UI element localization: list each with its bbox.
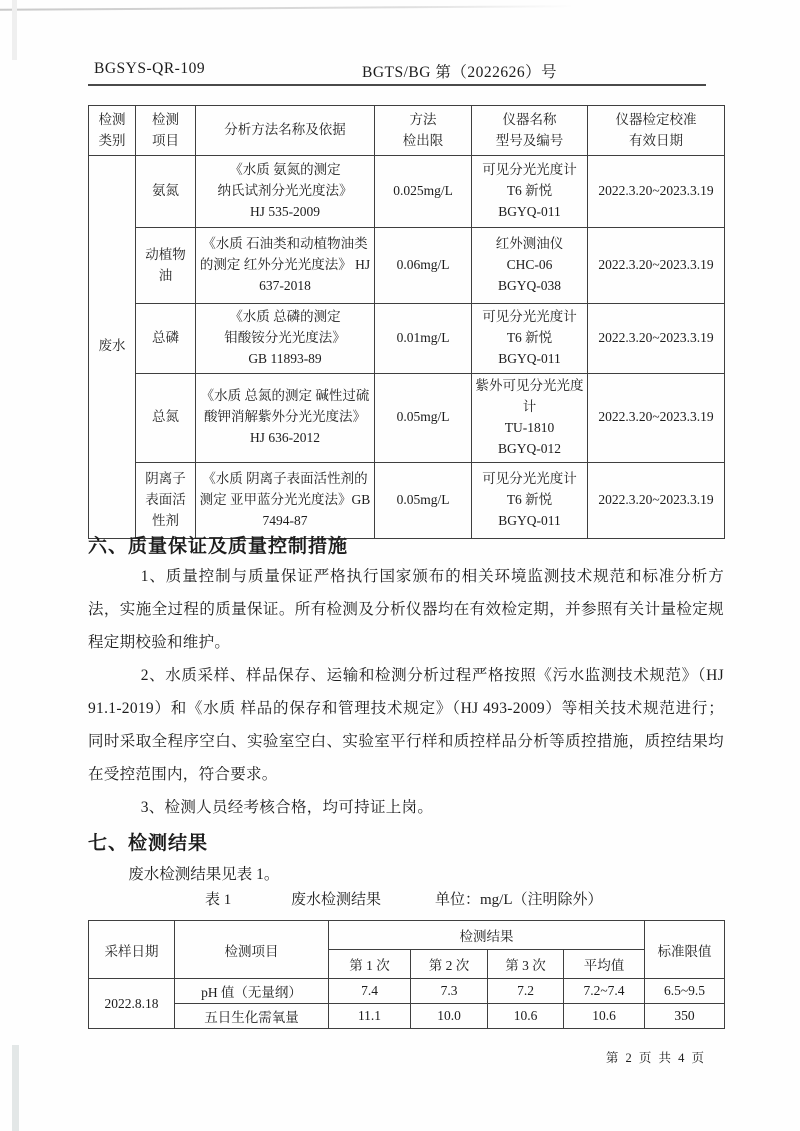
run2-cell: 7.3	[411, 979, 488, 1004]
table-number: 表 1	[205, 888, 231, 909]
average-cell: 10.6	[564, 1004, 645, 1029]
table-row: 动植物油 《水质 石油类和动植物油类的测定 红外分光光度法》 HJ 637-20…	[89, 228, 725, 304]
sampling-date-cell: 2022.8.18	[89, 979, 175, 1029]
col-header-run2: 第 2 次	[411, 950, 488, 979]
average-cell: 7.2~7.4	[564, 979, 645, 1004]
method-cell: 《水质 总氮的测定 碱性过硫酸钾消解紫外分光光度法》 HJ 636-2012	[196, 374, 375, 463]
instrument-cell: 可见分光光度计 T6 新悦 BGYQ-011	[472, 304, 588, 374]
table-unit: 单位：mg/L（注明除外）	[435, 888, 603, 909]
results-header-row-1: 采样日期 检测项目 检测结果 标准限值	[89, 921, 725, 950]
scan-edge-artifact	[12, 0, 17, 60]
col-header-detection-limit: 方法 检出限	[375, 106, 472, 156]
table-row: 五日生化需氧量 11.1 10.0 10.6 10.6 350	[89, 1004, 725, 1029]
run2-cell: 10.0	[411, 1004, 488, 1029]
limit-cell: 0.06mg/L	[375, 228, 472, 304]
table-caption: 表 1 废水检测结果 单位：mg/L（注明除外）	[88, 888, 724, 910]
item-cell: 总磷	[136, 304, 196, 374]
valid-date-cell: 2022.3.20~2023.3.19	[588, 374, 725, 463]
instrument-cell: 红外测油仪 CHC-06 BGYQ-038	[472, 228, 588, 304]
table-title: 废水检测结果	[291, 888, 381, 909]
valid-date-cell: 2022.3.20~2023.3.19	[588, 156, 725, 228]
table-row: 总磷 《水质 总磷的测定 钼酸铵分光光度法》 GB 11893-89 0.01m…	[89, 304, 725, 374]
valid-date-cell: 2022.3.20~2023.3.19	[588, 462, 725, 538]
table-row: 2022.8.18 pH 值（无量纲） 7.4 7.3 7.2 7.2~7.4 …	[89, 979, 725, 1004]
item-cell: 五日生化需氧量	[175, 1004, 329, 1029]
table-row: 废水 氨氮 《水质 氨氮的测定 纳氏试剂分光光度法》 HJ 535-2009 0…	[89, 156, 725, 228]
methods-table: 检测 类别 检测 项目 分析方法名称及依据 方法 检出限 仪器名称 型号及编号 …	[88, 105, 725, 539]
method-cell: 《水质 氨氮的测定 纳氏试剂分光光度法》 HJ 535-2009	[196, 156, 375, 228]
limit-cell: 350	[645, 1004, 725, 1029]
category-cell: 废水	[89, 156, 136, 539]
col-header-item: 检测 项目	[136, 106, 196, 156]
document-page: BGSYS-QR-109 BGTS/BG 第（2022626）号 检测 类别 检…	[0, 0, 800, 1131]
limit-cell: 6.5~9.5	[645, 979, 725, 1004]
col-header-category: 检测 类别	[89, 106, 136, 156]
run3-cell: 7.2	[488, 979, 564, 1004]
section-six-heading: 六、质量保证及质量控制措施	[88, 531, 348, 558]
col-header-average: 平均值	[564, 950, 645, 979]
run3-cell: 10.6	[488, 1004, 564, 1029]
limit-cell: 0.01mg/L	[375, 304, 472, 374]
valid-date-cell: 2022.3.20~2023.3.19	[588, 228, 725, 304]
run1-cell: 7.4	[329, 979, 411, 1004]
limit-cell: 0.05mg/L	[375, 374, 472, 463]
page-number: 第 2 页 共 4 页	[88, 1048, 706, 1066]
instrument-cell: 可见分光光度计 T6 新悦 BGYQ-011	[472, 156, 588, 228]
paragraph: 3、检测人员经考核合格，均可持证上岗。	[88, 791, 724, 824]
col-header-sampling-date: 采样日期	[89, 921, 175, 979]
col-header-run3: 第 3 次	[488, 950, 564, 979]
col-header-run1: 第 1 次	[329, 950, 411, 979]
section-seven-heading: 七、检测结果	[88, 828, 208, 855]
limit-cell: 0.05mg/L	[375, 462, 472, 538]
table-row: 阴离子表面活性剂 《水质 阴离子表面活性剂的测定 亚甲蓝分光光度法》GB 749…	[89, 462, 725, 538]
results-intro-line: 废水检测结果见表 1。	[88, 862, 724, 884]
instrument-cell: 可见分光光度计 T6 新悦 BGYQ-011	[472, 462, 588, 538]
method-cell: 《水质 石油类和动植物油类的测定 红外分光光度法》 HJ 637-2018	[196, 228, 375, 304]
document-header: BGSYS-QR-109 BGTS/BG 第（2022626）号	[88, 58, 706, 86]
item-cell: 阴离子表面活性剂	[136, 462, 196, 538]
col-header-result-group: 检测结果	[329, 921, 645, 950]
valid-date-cell: 2022.3.20~2023.3.19	[588, 304, 725, 374]
results-table: 采样日期 检测项目 检测结果 标准限值 第 1 次 第 2 次 第 3 次 平均…	[88, 920, 725, 1029]
paragraph: 2、水质采样、样品保存、运输和检测分析过程严格按照《污水监测技术规范》（HJ 9…	[88, 659, 724, 791]
method-cell: 《水质 阴离子表面活性剂的测定 亚甲蓝分光光度法》GB 7494-87	[196, 462, 375, 538]
col-header-standard-limit: 标准限值	[645, 921, 725, 979]
document-code: BGSYS-QR-109	[94, 60, 205, 78]
col-header-method: 分析方法名称及依据	[196, 106, 375, 156]
scan-edge-artifact	[12, 1045, 19, 1131]
method-cell: 《水质 总磷的测定 钼酸铵分光光度法》 GB 11893-89	[196, 304, 375, 374]
limit-cell: 0.025mg/L	[375, 156, 472, 228]
item-cell: 氨氮	[136, 156, 196, 228]
item-cell: 动植物油	[136, 228, 196, 304]
report-number: BGTS/BG 第（2022626）号	[362, 60, 557, 82]
item-cell: 总氮	[136, 374, 196, 463]
scan-edge-artifact	[0, 5, 575, 11]
run1-cell: 11.1	[329, 1004, 411, 1029]
item-cell: pH 值（无量纲）	[175, 979, 329, 1004]
paragraph: 1、质量控制与质量保证严格执行国家颁布的相关环境监测技术规范和标准分析方法，实施…	[88, 560, 724, 659]
quality-assurance-paragraphs: 1、质量控制与质量保证严格执行国家颁布的相关环境监测技术规范和标准分析方法，实施…	[88, 560, 724, 824]
instrument-cell: 紫外可见分光光度计 TU-1810 BGYQ-012	[472, 374, 588, 463]
col-header-calibration: 仪器检定校准 有效日期	[588, 106, 725, 156]
col-header-instrument: 仪器名称 型号及编号	[472, 106, 588, 156]
col-header-item: 检测项目	[175, 921, 329, 979]
methods-table-header-row: 检测 类别 检测 项目 分析方法名称及依据 方法 检出限 仪器名称 型号及编号 …	[89, 106, 725, 156]
table-row: 总氮 《水质 总氮的测定 碱性过硫酸钾消解紫外分光光度法》 HJ 636-201…	[89, 374, 725, 463]
